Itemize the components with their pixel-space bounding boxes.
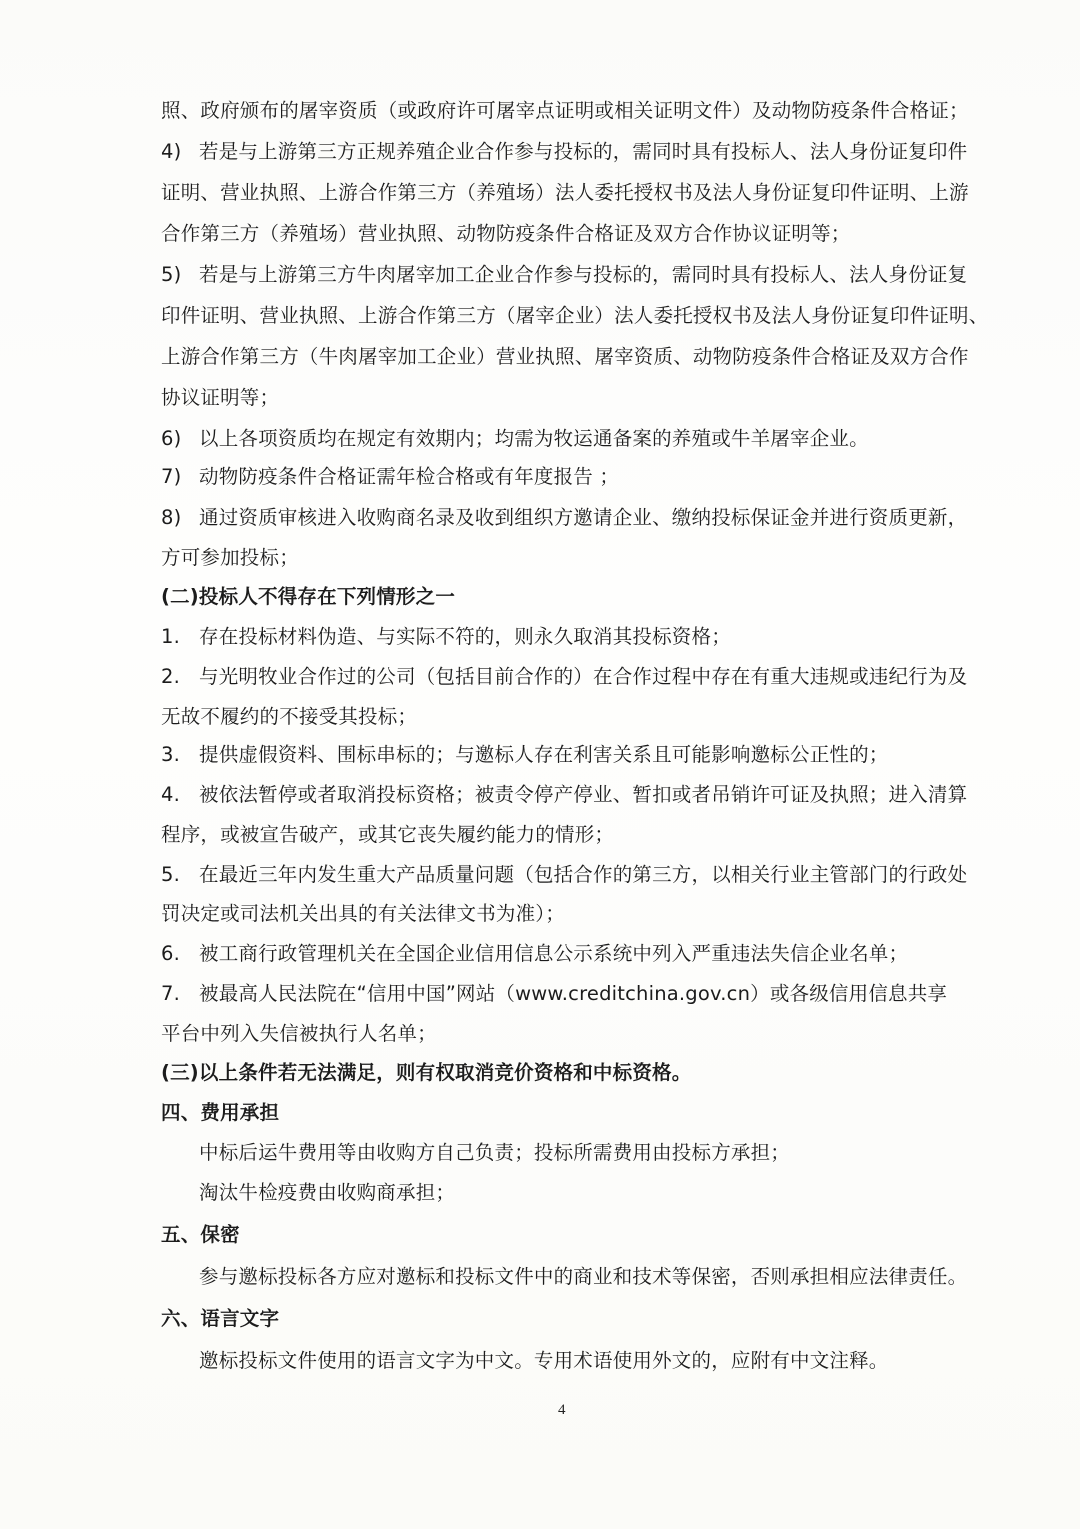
list-number: 2. <box>161 664 199 690</box>
list-item-7: 7)动物防疫条件合格证需年检合格或有年度报告 ； <box>161 464 619 490</box>
list-number: 7. <box>161 981 199 1007</box>
text-line: 印件证明、营业执照、上游合作第三方（屠宰企业）法人委托授权书及法人身份证复印件证… <box>161 303 988 329</box>
list-item-6b: 6.被工商行政管理机关在全国企业信用信息公示系统中列入严重违法失信企业名单； <box>161 941 908 967</box>
list-item-4b: 4.被依法暂停或者取消投标资格；被责令停产停业、暂扣或者吊销许可证及执照；进入清… <box>161 782 967 808</box>
page-number: 4 <box>558 1402 566 1419</box>
list-item-1: 1.存在投标材料伪造、与实际不符的，则永久取消其投标资格； <box>161 624 731 650</box>
section-heading-3: (三)以上条件若无法满足，则有权取消竞价资格和中标资格。 <box>161 1060 691 1086</box>
text-line: 上游合作第三方（牛肉屠宰加工企业）营业执照、屠宰资质、动物防疫条件合格证及双方合… <box>161 344 969 370</box>
text-line: 淘汰牛检疫费由收购商承担； <box>199 1180 455 1206</box>
list-item-8: 8)通过资质审核进入收购商名录及收到组织方邀请企业、缴纳投标保证金并进行资质更新… <box>161 505 967 531</box>
list-number: 4) <box>161 139 199 165</box>
text-line: 邀标投标文件使用的语言文字为中文。专用术语使用外文的，应附有中文注释。 <box>199 1348 889 1374</box>
text-line: 平台中列入失信被执行人名单； <box>161 1021 437 1047</box>
list-number: 1. <box>161 624 199 650</box>
list-item-4: 4)若是与上游第三方正规养殖企业合作参与投标的，需同时具有投标人、法人身份证复印… <box>161 139 967 165</box>
list-number: 4. <box>161 782 199 808</box>
list-number: 5) <box>161 262 199 288</box>
text-line: 参与邀标投标各方应对邀标和投标文件中的商业和技术等保密，否则承担相应法律责任。 <box>199 1264 967 1290</box>
list-number: 6) <box>161 426 199 452</box>
text-line: 合作第三方（养殖场）营业执照、动物防疫条件合格证及双方合作协议证明等； <box>161 221 851 247</box>
text-line: 协议证明等； <box>161 385 279 411</box>
list-number: 5. <box>161 862 199 888</box>
section-heading-language: 六、语言文字 <box>161 1306 279 1332</box>
text-line: 无故不履约的不接受其投标； <box>161 704 417 730</box>
list-item-7b: 7.被最高人民法院在“信用中国”网站（www.creditchina.gov.c… <box>161 981 947 1007</box>
list-number: 8) <box>161 505 199 531</box>
list-number: 7) <box>161 464 199 490</box>
document-page: 照、政府颁布的屠宰资质（或政府许可屠宰点证明或相关证明文件）及动物防疫条件合格证… <box>0 0 1080 1529</box>
text-line: 中标后运牛费用等由收购方自己负责；投标所需费用由投标方承担； <box>199 1140 790 1166</box>
list-item-6: 6)以上各项资质均在规定有效期内；均需为牧运通备案的养殖或牛羊屠宰企业。 <box>161 426 869 452</box>
text-line: 照、政府颁布的屠宰资质（或政府许可屠宰点证明或相关证明文件）及动物防疫条件合格证… <box>161 98 969 124</box>
text-line: 方可参加投标； <box>161 545 299 571</box>
section-heading-fees: 四、费用承担 <box>161 1100 279 1126</box>
list-item-3: 3.提供虚假资料、围标串标的；与邀标人存在利害关系且可能影响邀标公正性的； <box>161 742 889 768</box>
section-heading-confidentiality: 五、保密 <box>161 1222 240 1248</box>
text-line: 罚决定或司法机关出具的有关法律文书为准）； <box>161 901 565 927</box>
list-item-5: 5)若是与上游第三方牛肉屠宰加工企业合作参与投标的，需同时具有投标人、法人身份证… <box>161 262 967 288</box>
list-number: 3. <box>161 742 199 768</box>
text-line: 程序，或被宣告破产，或其它丧失履约能力的情形； <box>161 822 614 848</box>
list-item-5b: 5.在最近三年内发生重大产品质量问题（包括合作的第三方，以相关行业主管部门的行政… <box>161 862 967 888</box>
list-item-2: 2.与光明牧业合作过的公司（包括目前合作的）在合作过程中存在有重大违规或违纪行为… <box>161 664 967 690</box>
text-line: 证明、营业执照、上游合作第三方（养殖场）法人委托授权书及法人身份证复印件证明、上… <box>161 180 969 206</box>
section-heading-2: (二)投标人不得存在下列情形之一 <box>161 584 455 610</box>
list-number: 6. <box>161 941 199 967</box>
